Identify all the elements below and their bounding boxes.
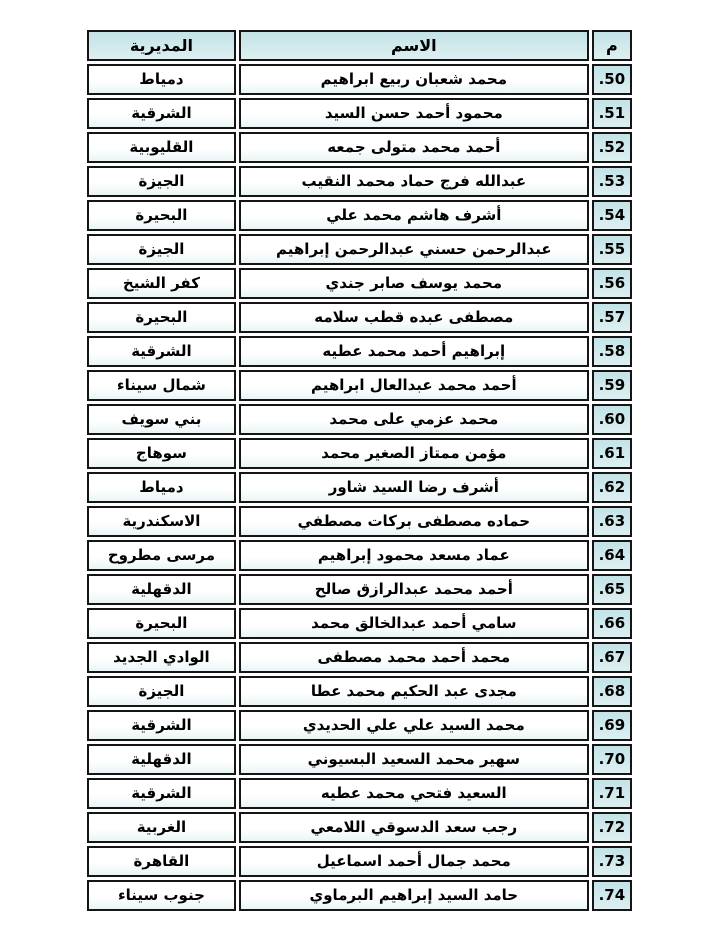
row-directorate-cell: الشرقية (87, 778, 236, 809)
row-number-cell: .62 (592, 472, 632, 503)
row-number-cell: .56 (592, 268, 632, 299)
table-row: .61 مؤمن ممتاز الصغير محمد سوهاج (87, 438, 632, 469)
row-number-cell: .55 (592, 234, 632, 265)
row-name-cell: السعيد فتحي محمد عطيه (239, 778, 589, 809)
row-directorate-cell: دمياط (87, 472, 236, 503)
row-name-cell: محمود أحمد حسن السيد (239, 98, 589, 129)
row-directorate-cell: الجيزة (87, 676, 236, 707)
table-row: .58 إبراهيم أحمد محمد عطيه الشرقية (87, 336, 632, 367)
row-number-cell: .70 (592, 744, 632, 775)
row-directorate-cell: الوادي الجديد (87, 642, 236, 673)
row-name-cell: عبدالله فرج حماد محمد النقيب (239, 166, 589, 197)
table-row: .60 محمد عزمي على محمد بني سويف (87, 404, 632, 435)
row-directorate-cell: الدقهلية (87, 744, 236, 775)
row-number-cell: .57 (592, 302, 632, 333)
table-row: .64 عماد مسعد محمود إبراهيم مرسى مطروح (87, 540, 632, 571)
row-directorate-cell: شمال سيناء (87, 370, 236, 401)
table-row: .52 أحمد محمد متولى جمعه القليوبية (87, 132, 632, 163)
row-name-cell: عماد مسعد محمود إبراهيم (239, 540, 589, 571)
row-number-cell: .71 (592, 778, 632, 809)
row-directorate-cell: البحيرة (87, 302, 236, 333)
table-row: .72 رجب سعد الدسوقي اللامعي الغربية (87, 812, 632, 843)
header-row: م الاسم المديرية (87, 30, 632, 61)
table-row: .68 مجدى عبد الحكيم محمد عطا الجيزة (87, 676, 632, 707)
row-number-cell: .61 (592, 438, 632, 469)
roster-table: م الاسم المديرية .50 محمد شعبان ربيع ابر… (84, 27, 635, 914)
table-row: .63 حماده مصطفى بركات مصطفي الاسكندرية (87, 506, 632, 537)
header-number: م (592, 30, 632, 61)
row-directorate-cell: سوهاج (87, 438, 236, 469)
row-directorate-cell: البحيرة (87, 200, 236, 231)
row-directorate-cell: القاهرة (87, 846, 236, 877)
row-number-cell: .59 (592, 370, 632, 401)
row-directorate-cell: مرسى مطروح (87, 540, 236, 571)
row-name-cell: محمد شعبان ربيع ابراهيم (239, 64, 589, 95)
table-body: .50 محمد شعبان ربيع ابراهيم دمياط .51 مح… (87, 64, 632, 911)
row-number-cell: .65 (592, 574, 632, 605)
table-row: .67 محمد أحمد محمد مصطفى الوادي الجديد (87, 642, 632, 673)
header-name: الاسم (239, 30, 589, 61)
row-name-cell: أشرف هاشم محمد علي (239, 200, 589, 231)
row-directorate-cell: الاسكندرية (87, 506, 236, 537)
table-row: .66 سامي أحمد عبدالخالق محمد البحيرة (87, 608, 632, 639)
row-number-cell: .50 (592, 64, 632, 95)
row-name-cell: محمد يوسف صابر جندي (239, 268, 589, 299)
table-row: .55 عبدالرحمن حسني عبدالرحمن إبراهيم الج… (87, 234, 632, 265)
row-number-cell: .74 (592, 880, 632, 911)
row-number-cell: .72 (592, 812, 632, 843)
row-name-cell: أشرف رضا السيد شاور (239, 472, 589, 503)
row-directorate-cell: البحيرة (87, 608, 236, 639)
row-name-cell: مجدى عبد الحكيم محمد عطا (239, 676, 589, 707)
row-name-cell: محمد جمال أحمد اسماعيل (239, 846, 589, 877)
row-directorate-cell: الدقهلية (87, 574, 236, 605)
row-number-cell: .60 (592, 404, 632, 435)
row-name-cell: مؤمن ممتاز الصغير محمد (239, 438, 589, 469)
row-directorate-cell: جنوب سيناء (87, 880, 236, 911)
row-directorate-cell: القليوبية (87, 132, 236, 163)
row-name-cell: رجب سعد الدسوقي اللامعي (239, 812, 589, 843)
table-row: .54 أشرف هاشم محمد علي البحيرة (87, 200, 632, 231)
row-number-cell: .68 (592, 676, 632, 707)
row-directorate-cell: كفر الشيخ (87, 268, 236, 299)
table-row: .70 سهير محمد السعيد البسيوني الدقهلية (87, 744, 632, 775)
table-row: .59 أحمد محمد عبدالعال ابراهيم شمال سينا… (87, 370, 632, 401)
row-number-cell: .63 (592, 506, 632, 537)
row-name-cell: حامد السيد إبراهيم البرماوي (239, 880, 589, 911)
row-name-cell: مصطفى عبده قطب سلامه (239, 302, 589, 333)
row-number-cell: .69 (592, 710, 632, 741)
row-directorate-cell: دمياط (87, 64, 236, 95)
row-number-cell: .73 (592, 846, 632, 877)
row-directorate-cell: الشرقية (87, 98, 236, 129)
row-name-cell: أحمد محمد عبدالرازق صالح (239, 574, 589, 605)
row-name-cell: إبراهيم أحمد محمد عطيه (239, 336, 589, 367)
row-directorate-cell: الجيزة (87, 234, 236, 265)
row-directorate-cell: الشرقية (87, 710, 236, 741)
table-row: .51 محمود أحمد حسن السيد الشرقية (87, 98, 632, 129)
row-number-cell: .58 (592, 336, 632, 367)
table-row: .57 مصطفى عبده قطب سلامه البحيرة (87, 302, 632, 333)
table-row: .56 محمد يوسف صابر جندي كفر الشيخ (87, 268, 632, 299)
header-directorate: المديرية (87, 30, 236, 61)
row-name-cell: سهير محمد السعيد البسيوني (239, 744, 589, 775)
row-name-cell: سامي أحمد عبدالخالق محمد (239, 608, 589, 639)
table-row: .65 أحمد محمد عبدالرازق صالح الدقهلية (87, 574, 632, 605)
row-directorate-cell: الشرقية (87, 336, 236, 367)
row-directorate-cell: الجيزة (87, 166, 236, 197)
row-number-cell: .52 (592, 132, 632, 163)
row-name-cell: أحمد محمد عبدالعال ابراهيم (239, 370, 589, 401)
table-row: .73 محمد جمال أحمد اسماعيل القاهرة (87, 846, 632, 877)
row-number-cell: .54 (592, 200, 632, 231)
row-name-cell: أحمد محمد متولى جمعه (239, 132, 589, 163)
row-directorate-cell: الغربية (87, 812, 236, 843)
table-row: .50 محمد شعبان ربيع ابراهيم دمياط (87, 64, 632, 95)
document-page: م الاسم المديرية .50 محمد شعبان ربيع ابر… (0, 0, 720, 932)
row-number-cell: .67 (592, 642, 632, 673)
row-number-cell: .66 (592, 608, 632, 639)
table-row: .71 السعيد فتحي محمد عطيه الشرقية (87, 778, 632, 809)
table-row: .69 محمد السيد علي علي الحديدي الشرقية (87, 710, 632, 741)
row-directorate-cell: بني سويف (87, 404, 236, 435)
table-row: .74 حامد السيد إبراهيم البرماوي جنوب سين… (87, 880, 632, 911)
row-name-cell: محمد عزمي على محمد (239, 404, 589, 435)
row-name-cell: عبدالرحمن حسني عبدالرحمن إبراهيم (239, 234, 589, 265)
row-number-cell: .53 (592, 166, 632, 197)
table-row: .53 عبدالله فرج حماد محمد النقيب الجيزة (87, 166, 632, 197)
row-name-cell: محمد أحمد محمد مصطفى (239, 642, 589, 673)
row-number-cell: .51 (592, 98, 632, 129)
row-name-cell: محمد السيد علي علي الحديدي (239, 710, 589, 741)
table-row: .62 أشرف رضا السيد شاور دمياط (87, 472, 632, 503)
row-name-cell: حماده مصطفى بركات مصطفي (239, 506, 589, 537)
row-number-cell: .64 (592, 540, 632, 571)
